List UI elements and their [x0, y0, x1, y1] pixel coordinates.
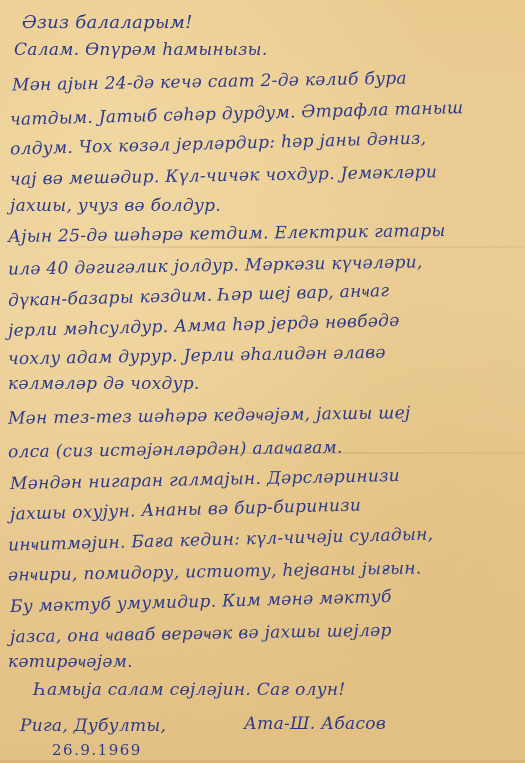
place-name: Рига, Дубулты,: [20, 716, 166, 736]
letter-line: Салам. Өпүрәм һамынызы.: [14, 40, 268, 60]
letter-line: јахшы, учуз вә болдур.: [10, 196, 221, 216]
letter-line: дүкан-базары кәздим. Һәр шеј вар, анҹаг: [8, 281, 390, 311]
signature: Ата-Ш. Абасов: [244, 714, 386, 734]
letter-line: јахшы охујун. Ананы вә бир-биринизи: [10, 495, 362, 524]
closing-line: Һамыја салам сөјләјин. Сағ олун!: [34, 680, 346, 700]
letter-line: Ајын 25-дә шәһәрә кетдим. Електрик гатар…: [8, 221, 446, 247]
letter-line: инҹитмәјин. Баға кедин: күл-чичәји сулад…: [8, 524, 434, 555]
letter-line: чатдым. Јатыб сәһәр дурдум. Әтрафла таны…: [10, 98, 464, 130]
letter-line: јазса, она ҹаваб верәҹәк вә јахшы шејләр: [10, 621, 392, 648]
letter-line: кәлмәләр дә чохдур.: [8, 374, 200, 394]
letter-page: Әзиз балаларым! Салам. Өпүрәм һамынызы. …: [0, 0, 525, 763]
letter-line: әнҹири, помидору, истиоту, һејваны јығын…: [8, 558, 422, 585]
letter-line: Мән тез-тез шәһәрә кедәҹәјәм, јахшы шеј: [8, 403, 411, 429]
letter-line: чохлу адам дурур. Јерли әһалидән әлавә: [8, 343, 386, 370]
letter-line: Мәндән нигаран галмајын. Дәрсләринизи: [10, 466, 400, 494]
letter-line: Мән ајын 24-дә кечә саат 2-дә кәлиб бура: [12, 69, 407, 96]
greeting: Әзиз балаларым!: [22, 12, 193, 33]
letter-line: илә 40 дәгигәлик јолдур. Мәркәзи күчәләр…: [8, 252, 423, 279]
paper-fold-line: [0, 246, 525, 248]
letter-line: Бу мәктуб умумидир. Ким мәнә мәктуб: [10, 587, 392, 617]
letter-line: олдум. Чох көзәл јерләрдир: һәр јаны дән…: [10, 129, 427, 160]
letter-line: чај вә мешәдир. Күл-чичәк чохдур. Јемәкл…: [10, 162, 437, 189]
letter-date: 26.9.1969: [52, 741, 142, 759]
letter-line: кәтирәҹәјәм.: [8, 652, 133, 672]
letter-line: олса (сиз истәјәнләрдән) алаҹағам.: [8, 438, 343, 463]
letter-line: јерли мәһсулдур. Амма һәр јердә нөвбәдә: [8, 311, 400, 341]
